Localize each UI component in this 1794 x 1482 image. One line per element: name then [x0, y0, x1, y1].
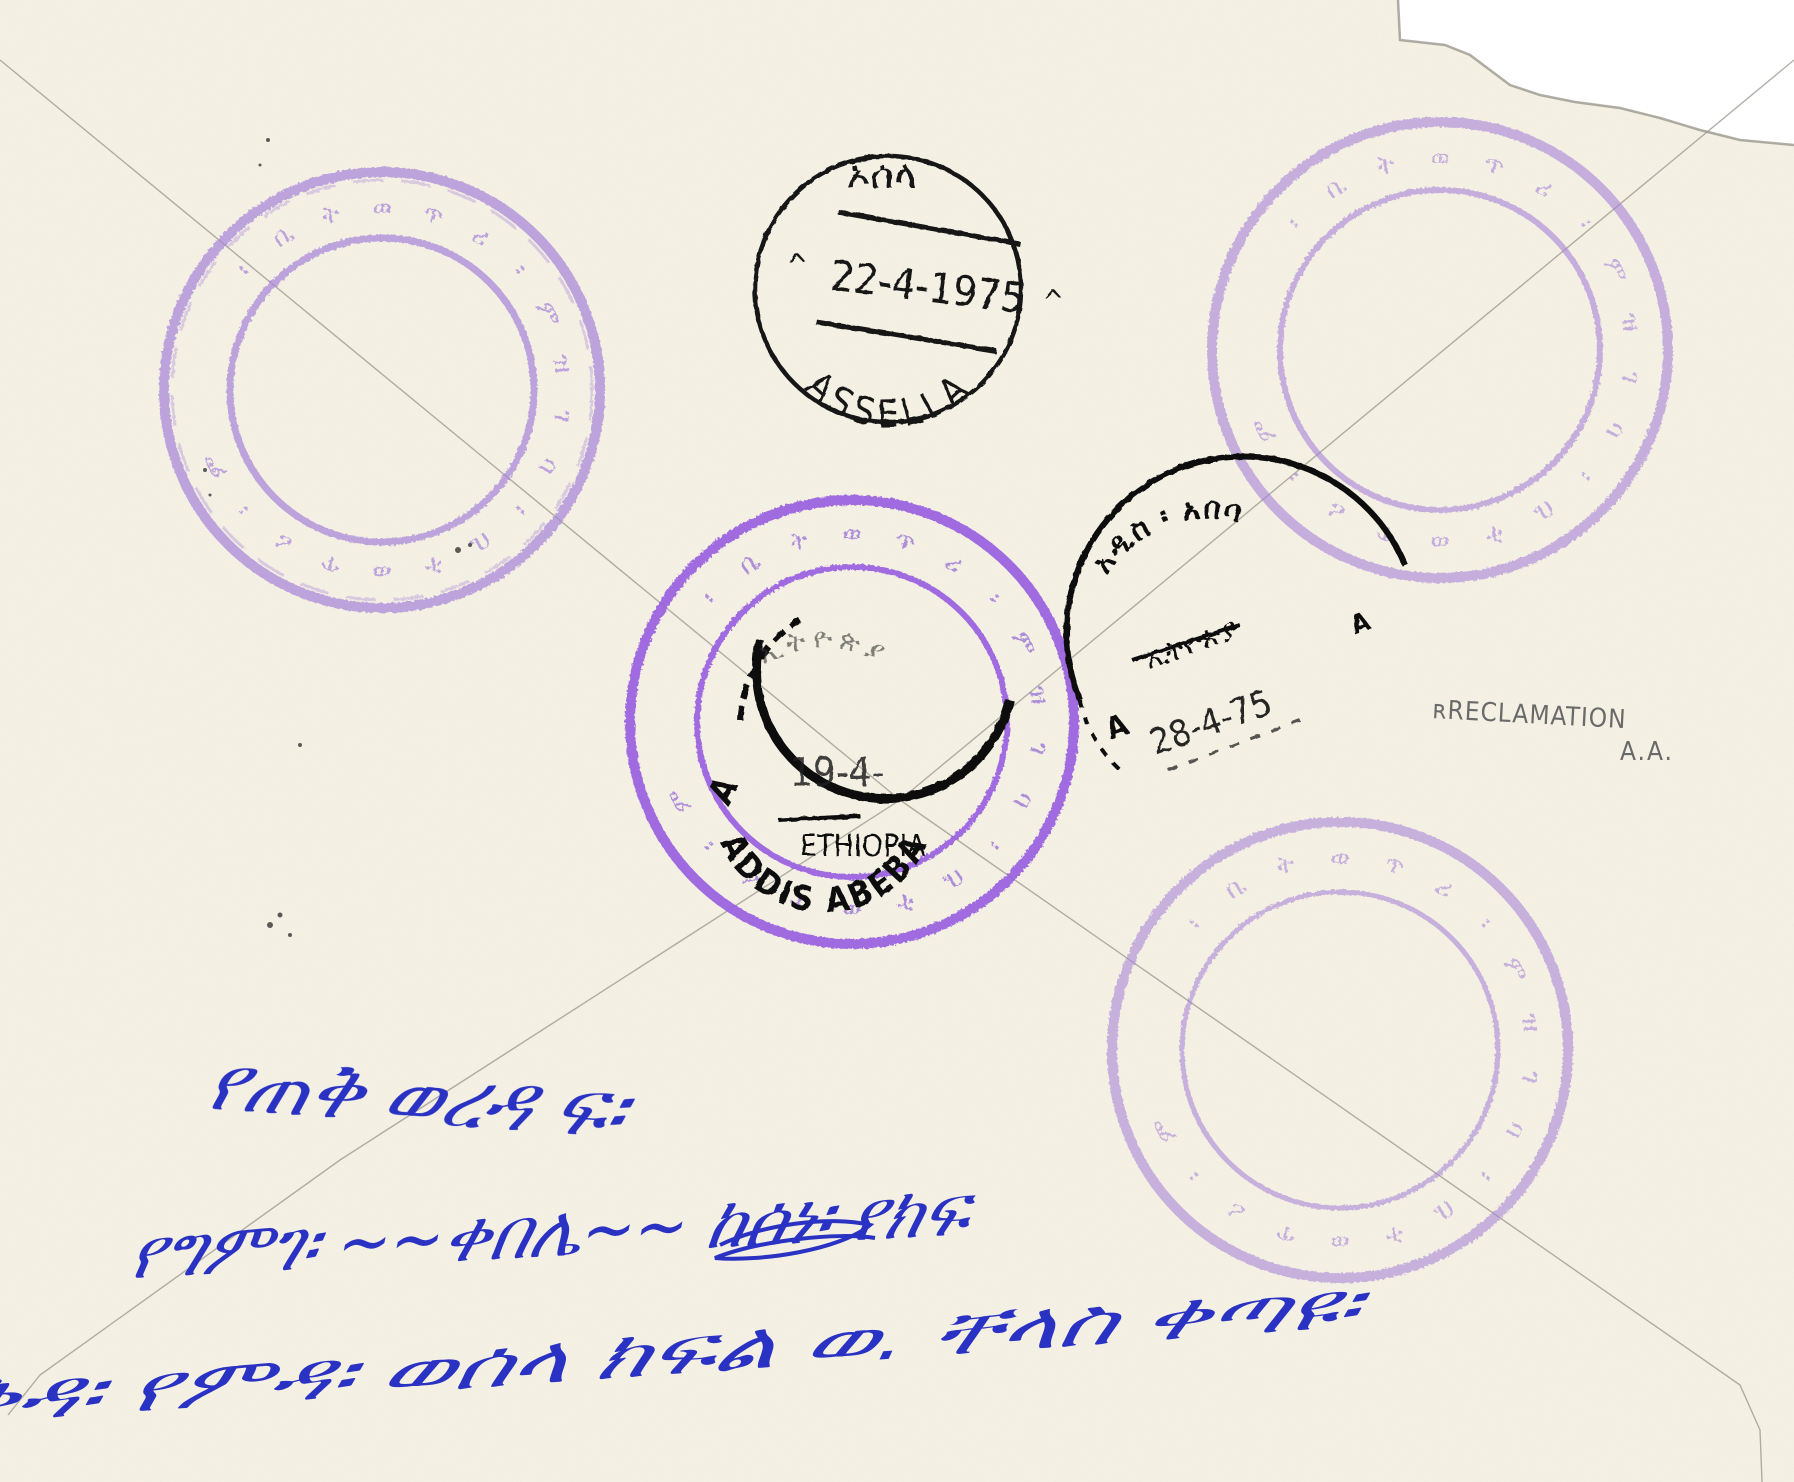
postmark-addis-date: 19-4-: [790, 750, 885, 796]
svg-text:ወ: ወ: [372, 193, 391, 223]
postmark-assella-top: ኦሰላ: [847, 152, 917, 198]
svg-text:A.A.: A.A.: [1620, 737, 1674, 767]
svg-text:ወ: ወ: [1330, 1228, 1349, 1258]
svg-text:ወ: ወ: [1330, 843, 1349, 873]
svg-text:^: ^: [1042, 285, 1065, 320]
svg-text:ወ: ወ: [842, 519, 861, 549]
svg-text:ወ: ወ: [1430, 143, 1449, 173]
svg-text:ወ: ወ: [372, 558, 391, 588]
svg-text:ወ: ወ: [1430, 528, 1449, 558]
envelope-back-scan: ወጥሪ፡ምዝገባ፡ቤትወጥሪ፡ም፡ቤት ወጥሪ፡ምዝገባ፡ቤትወጥሪ፡ም፡ቤት …: [0, 0, 1794, 1482]
svg-text:^: ^: [786, 249, 809, 284]
